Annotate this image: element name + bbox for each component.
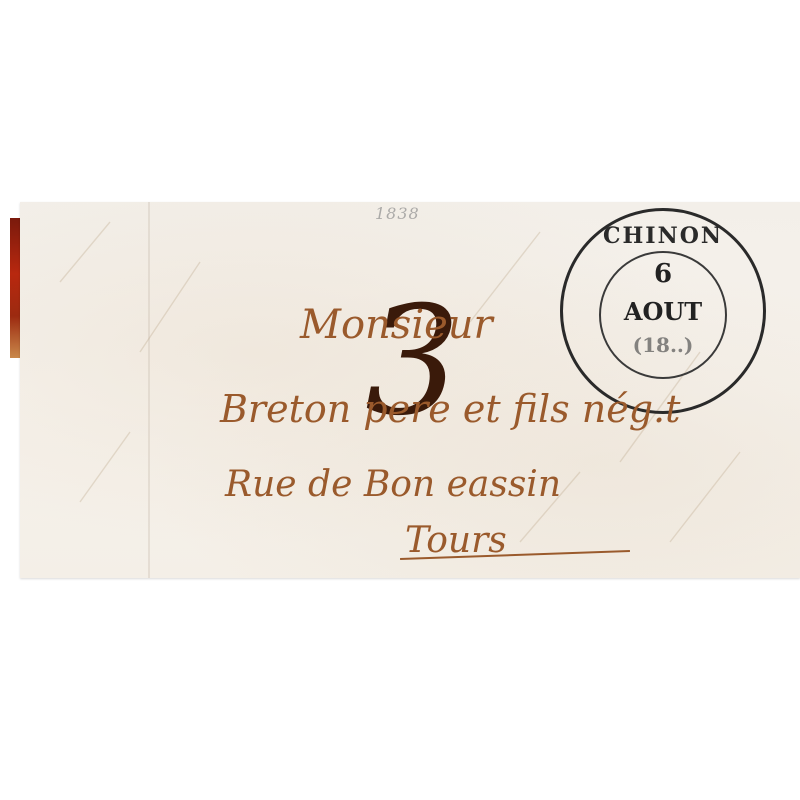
address-line-3: Rue de Bon eassin [225,464,561,505]
pencil-annotation: 1838 [375,204,420,223]
address-line-1: Monsieur [300,302,493,348]
postmark-year: (18..) [563,333,763,357]
postmark-day: 6 [563,259,763,289]
address-line-2: Breton pere et fils nég.t [220,387,680,431]
postmark-stamp: CHINON 6 AOUT (18..) [560,208,766,414]
postmark-month: AOUT [563,297,763,326]
letter-cover: 1838 CHINON 6 AOUT (18..) 3 Monsieur Bre… [20,202,800,578]
postmark-town: CHINON [563,223,763,249]
